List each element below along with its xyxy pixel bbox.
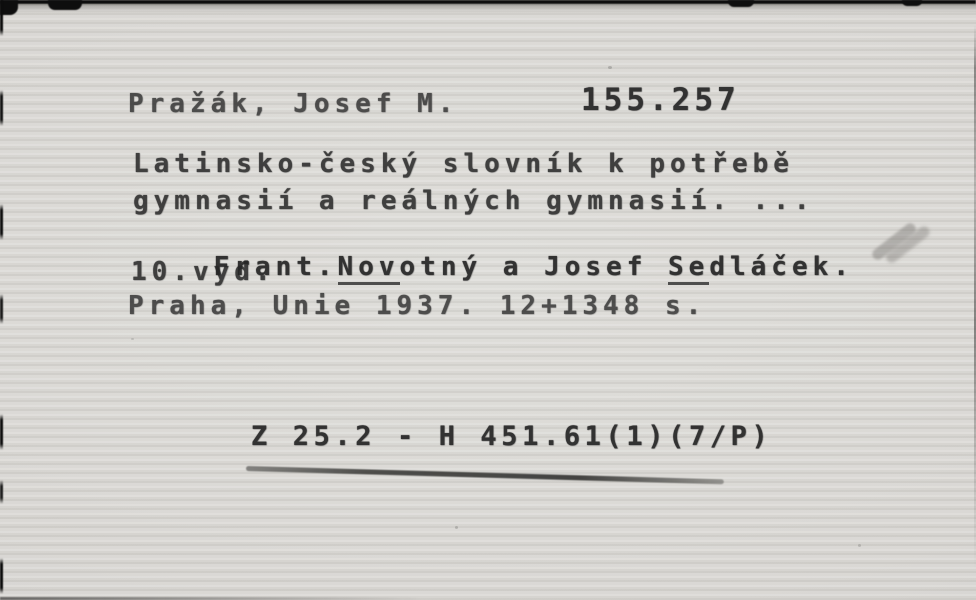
ink-speck-1	[608, 66, 612, 69]
title-line-2: gymnasií a reálných gymnasií. ...	[133, 186, 815, 216]
scan-blob-top-3	[902, 0, 922, 6]
ink-speck-2	[455, 526, 458, 529]
call-number-underline	[246, 466, 724, 484]
catalog-card: Pražák, Josef M. 155.257 Latinsko-český …	[0, 0, 976, 600]
scan-blob-top-1	[48, 0, 82, 10]
edition-statement: 10.vyd.	[131, 257, 276, 287]
scan-edge-left	[0, 0, 3, 600]
ink-speck-4	[131, 338, 134, 340]
authors-post: dláček.	[709, 252, 854, 282]
author-filing-underline-1: Nov	[338, 252, 400, 285]
accession-number: 155.257	[581, 82, 740, 118]
authors-mid: otný a Josef	[400, 252, 669, 282]
pencil-smudge	[870, 221, 918, 262]
ink-speck-3	[858, 544, 861, 547]
author-filing-underline-2: Se	[668, 252, 709, 285]
scan-blob-top-2	[728, 0, 754, 7]
title-line-1: Latinsko-český slovník k potřebě	[133, 149, 794, 179]
imprint-line: Praha, Unie 1937. 12+1348 s.	[128, 291, 706, 321]
call-number: Z 25.2 - H 451.61(1)(7/P)	[251, 421, 772, 452]
scan-edge-top-shadow	[0, 4, 976, 13]
author-heading: Pražák, Josef M.	[128, 89, 458, 119]
